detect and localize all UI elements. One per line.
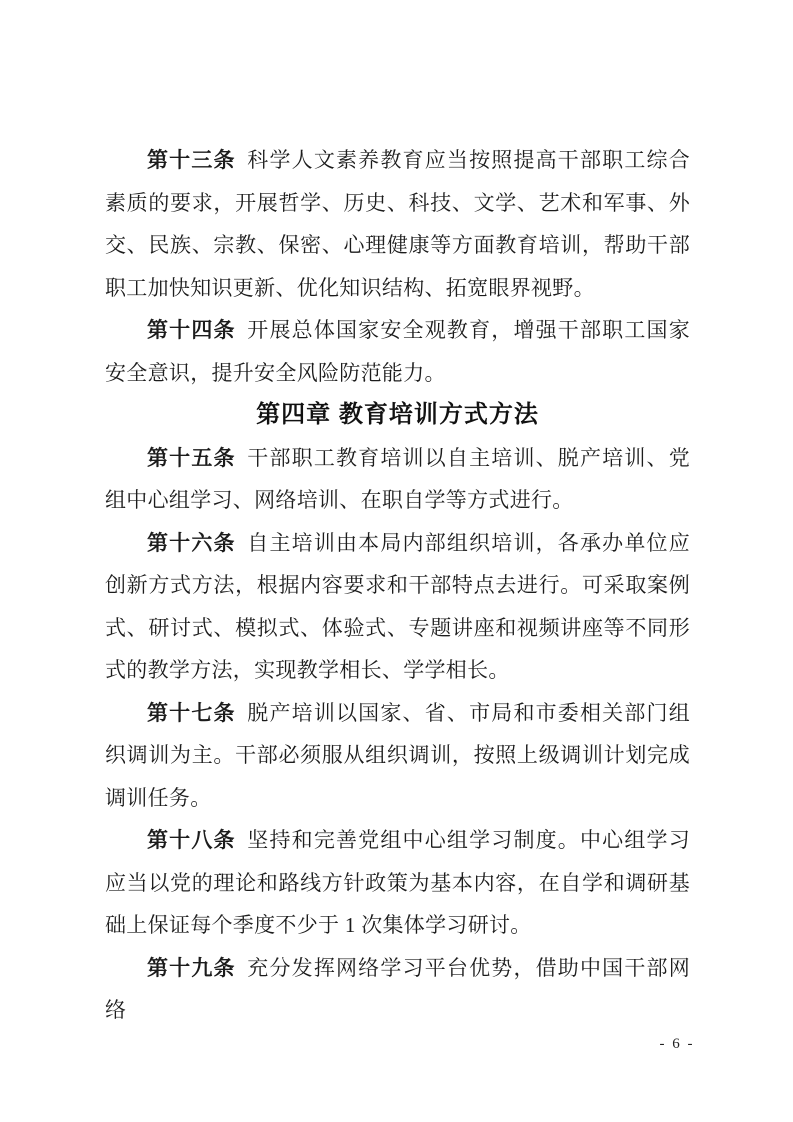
article-18-paragraph: 第十八条坚持和完善党组中心组学习制度。中心组学习应当以党的理论和路线方针政策为基… [105, 819, 690, 947]
article-13-number: 第十三条 [147, 148, 236, 172]
document-page: 第十三条科学人文素养教育应当按照提高干部职工综合素质的要求，开展哲学、历史、科技… [0, 0, 793, 1122]
article-19-paragraph: 第十九条充分发挥网络学习平台优势，借助中国干部网络 [105, 947, 690, 1032]
document-content: 第十三条科学人文素养教育应当按照提高干部职工综合素质的要求，开展哲学、历史、科技… [105, 139, 690, 1032]
article-17-paragraph: 第十七条脱产培训以国家、省、市局和市委相关部门组织调训为主。干部必须服从组织调训… [105, 692, 690, 820]
page-number: - 6 - [647, 1036, 707, 1053]
article-15-paragraph: 第十五条干部职工教育培训以自主培训、脱产培训、党组中心组学习、网络培训、在职自学… [105, 437, 690, 522]
article-16-number: 第十六条 [147, 531, 236, 555]
article-18-number: 第十八条 [147, 828, 236, 852]
article-14-number: 第十四条 [147, 318, 236, 342]
article-14-paragraph: 第十四条开展总体国家安全观教育，增强干部职工国家安全意识，提升安全风险防范能力。 [105, 309, 690, 394]
article-13-paragraph: 第十三条科学人文素养教育应当按照提高干部职工综合素质的要求，开展哲学、历史、科技… [105, 139, 690, 309]
article-15-number: 第十五条 [147, 446, 236, 470]
chapter-4-heading: 第四章 教育培训方式方法 [105, 394, 690, 437]
article-16-paragraph: 第十六条自主培训由本局内部组织培训，各承办单位应创新方式方法，根据内容要求和干部… [105, 522, 690, 692]
article-19-number: 第十九条 [147, 956, 236, 980]
article-17-number: 第十七条 [147, 701, 236, 725]
